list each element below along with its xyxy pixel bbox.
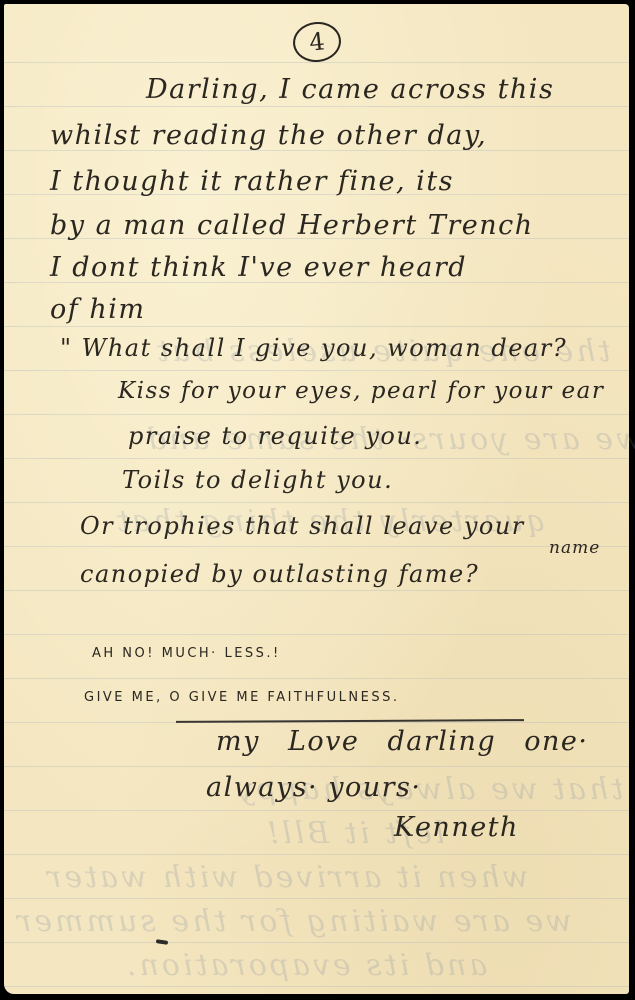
signature: Kenneth bbox=[394, 812, 519, 843]
bleed-through-text: when it arrived with water bbox=[44, 860, 528, 895]
ruled-line bbox=[4, 766, 629, 767]
letter-line: by a man called Herbert Trench bbox=[50, 210, 534, 241]
ruled-line bbox=[4, 590, 629, 591]
caps-line: AH NO! MUCH· LESS.! bbox=[92, 646, 281, 661]
ruled-line bbox=[4, 502, 629, 503]
poem-line: Kiss for your eyes, pearl for your ear bbox=[118, 378, 604, 404]
ruled-line bbox=[4, 370, 629, 371]
poem-line: Or trophies that shall leave your bbox=[80, 512, 525, 540]
poem-insertion: name bbox=[549, 538, 600, 558]
ruled-line bbox=[4, 678, 629, 679]
ruled-line bbox=[4, 986, 629, 987]
letter-line: whilst reading the other day, bbox=[50, 120, 487, 151]
ruled-line bbox=[4, 898, 629, 899]
poem-line: Toils to delight you. bbox=[122, 466, 393, 494]
poem-line: canopied by outlasting fame? bbox=[80, 560, 479, 588]
ruled-line bbox=[4, 62, 629, 63]
page-number-badge: 4 bbox=[291, 20, 343, 65]
ruled-line bbox=[4, 854, 629, 855]
poem-line: " What shall I give you, woman dear? bbox=[60, 334, 567, 362]
ink-blot bbox=[156, 939, 168, 945]
bleed-through-text: and its evaporation. bbox=[124, 948, 487, 983]
poem-line: praise to requite you. bbox=[128, 422, 422, 450]
ruled-line bbox=[4, 326, 629, 327]
caps-line: GIVE ME, O GIVE ME FAITHFULNESS. bbox=[84, 690, 399, 705]
letter-page: the one quite useless but we are yours· … bbox=[4, 4, 629, 994]
ruled-line bbox=[4, 810, 629, 811]
closing-line: always· yours· bbox=[206, 772, 421, 803]
closing-line: my Love darling one· bbox=[216, 726, 588, 757]
ruled-line bbox=[4, 634, 629, 635]
ruled-line bbox=[4, 106, 629, 107]
letter-line: Darling, I came across this bbox=[146, 74, 554, 105]
ruled-line bbox=[4, 414, 629, 415]
ruled-line bbox=[4, 458, 629, 459]
letter-line: I dont think I've ever heard bbox=[50, 252, 467, 283]
ruled-line bbox=[4, 546, 629, 547]
letter-line: I thought it rather fine, its bbox=[50, 166, 454, 197]
ruled-line bbox=[4, 942, 629, 943]
bleed-through-text: we are waiting for the summer bbox=[14, 904, 572, 939]
letter-line: of him bbox=[50, 294, 145, 325]
